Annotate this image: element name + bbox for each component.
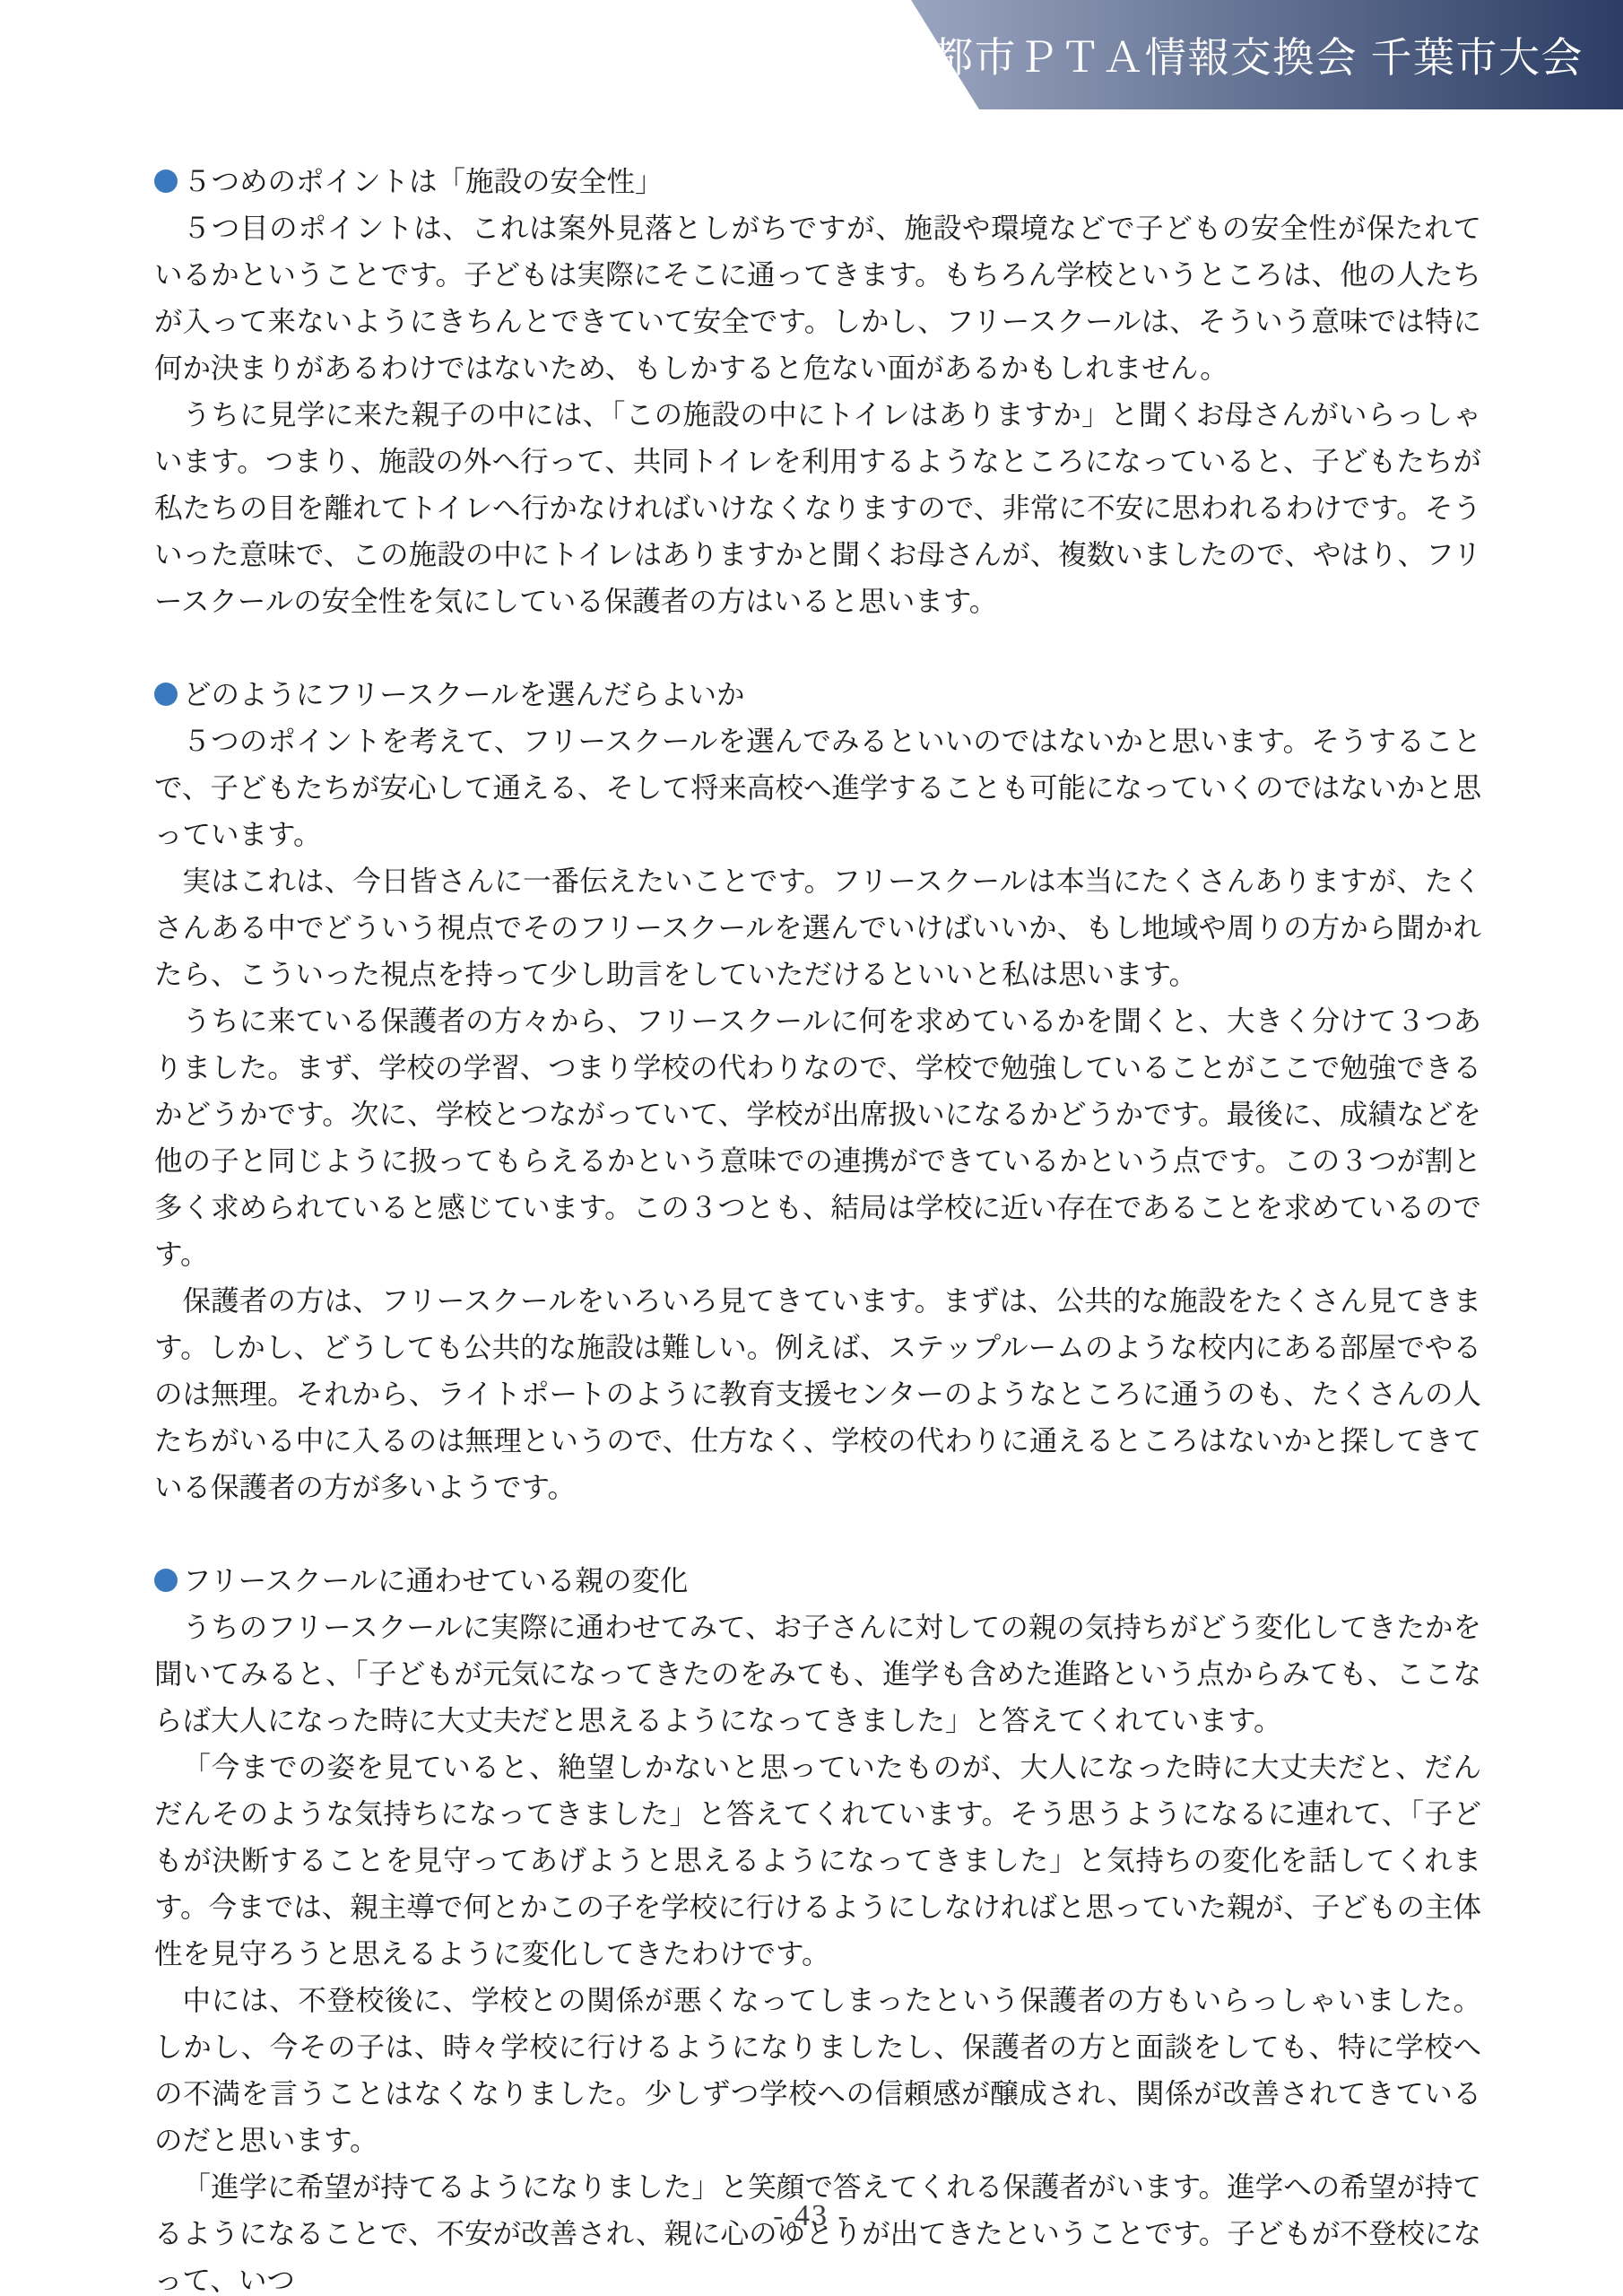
section-heading: フリースクールに通わせている親の変化 [154,1557,1481,1604]
paragraph: 「今までの姿を見ていると、絶望しかないと思っていたものが、大人になった時に大丈夫… [154,1744,1481,1977]
section-paragraphs: うちのフリースクールに実際に通わせてみて、お子さんに対しての親の気持ちがどう変化… [154,1604,1481,2296]
document-body: ５つめのポイントは「施設の安全性」 ５つ目のポイントは、これは案外見落としがちで… [154,158,1481,2296]
section-heading-text: フリースクールに通わせている親の変化 [183,1564,689,1596]
section-heading-text: どのようにフリースクールを選んだらよいか [183,678,745,710]
paragraph: うちのフリースクールに実際に通わせてみて、お子さんに対しての親の気持ちがどう変化… [154,1604,1481,1744]
document-page: 第80回指定都市ＰＴＡ情報交換会 千葉市大会 ５つめのポイントは「施設の安全性」… [0,0,1623,2296]
page-number: - 43 - [0,2199,1623,2233]
text-section: ５つめのポイントは「施設の安全性」 ５つ目のポイントは、これは案外見落としがちで… [154,158,1481,624]
paragraph: 中には、不登校後に、学校との関係が悪くなってしまったという保護者の方もいらっしゃ… [154,1977,1481,2163]
header-banner: 第80回指定都市ＰＴＡ情報交換会 千葉市大会 [0,0,1623,109]
text-section: どのようにフリースクールを選んだらよいか ５つのポイントを考えて、フリースクール… [154,671,1481,1510]
paragraph: ５つのポイントを考えて、フリースクールを選んでみるといいのではないかと思います。… [154,717,1481,857]
bullet-icon [154,683,178,706]
paragraph: うちに来ている保護者の方々から、フリースクールに何を求めているかを聞くと、大きく… [154,997,1481,1277]
section-paragraphs: ５つのポイントを考えて、フリースクールを選んでみるといいのではないかと思います。… [154,717,1481,1510]
paragraph: 保護者の方は、フリースクールをいろいろ見てきています。まずは、公共的な施設をたく… [154,1277,1481,1510]
section-paragraphs: ５つ目のポイントは、これは案外見落としがちですが、施設や環境などで子どもの安全性… [154,204,1481,624]
section-heading: ５つめのポイントは「施設の安全性」 [154,158,1481,204]
conference-title: 第80回指定都市ＰＴＡ情報交換会 千葉市大会 [713,25,1584,84]
paragraph: うちに見学に来た親子の中には、「この施設の中にトイレはありますか」と聞くお母さん… [154,391,1481,624]
bullet-icon [154,1569,178,1592]
section-heading-text: ５つめのポイントは「施設の安全性」 [183,165,664,197]
section-heading: どのようにフリースクールを選んだらよいか [154,671,1481,717]
paragraph: ５つ目のポイントは、これは案外見落としがちですが、施設や環境などで子どもの安全性… [154,204,1481,391]
bullet-icon [154,170,178,193]
paragraph: 実はこれは、今日皆さんに一番伝えたいことです。フリースクールは本当にたくさんあり… [154,857,1481,997]
text-section: フリースクールに通わせている親の変化 うちのフリースクールに実際に通わせてみて、… [154,1557,1481,2296]
